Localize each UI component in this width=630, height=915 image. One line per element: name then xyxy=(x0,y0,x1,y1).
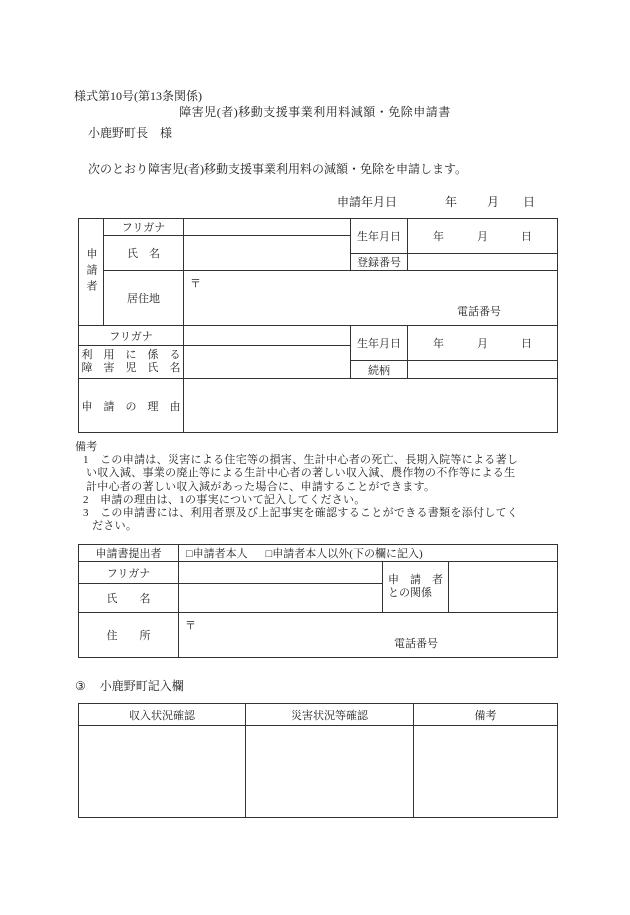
submitter-options: □申請者本人 □申請者本人以外(下の欄に記入) xyxy=(179,545,558,562)
note-2: 2 申請の理由は、1の事実について記入してください。 xyxy=(83,494,565,507)
application-date-month: 月 xyxy=(487,193,499,210)
submitter-relation-label: 申 請 者 との関係 xyxy=(383,562,449,613)
residence-input[interactable]: 〒 電話番号 xyxy=(184,271,558,326)
note-1: 1 この申請は、災害による住宅等の損害、生計中心者の死亡、長期入院等による著し xyxy=(83,454,565,467)
child-birth-value[interactable]: 年 月 日 xyxy=(408,326,558,361)
note-3-cont: ださい。 xyxy=(92,520,565,533)
income-check-cell[interactable] xyxy=(79,726,246,818)
reason-label: 申 請 の 理 由 xyxy=(79,379,184,433)
child-name-label: 利 用 に 係 る 障 害 児 氏 名 xyxy=(79,346,184,379)
addressee: 小鹿野町長 様 xyxy=(88,124,172,141)
intro-text: 次のとおり障害児(者)移動支援事業利用料の減額・免除を申請します。 xyxy=(88,160,467,177)
postal-mark: 〒 xyxy=(185,617,196,633)
submitter-furigana-input[interactable] xyxy=(179,562,383,584)
applicant-name-label: 氏 名 xyxy=(104,236,184,271)
remarks-cell[interactable] xyxy=(414,726,558,818)
child-furigana-input[interactable] xyxy=(184,326,351,346)
office-table: 収入状況確認 災害状況等確認 備考 xyxy=(78,703,558,818)
office-section-number: ③ xyxy=(75,679,86,693)
submitter-name-input[interactable] xyxy=(179,584,383,613)
submitter-address-label: 住 所 xyxy=(79,613,179,658)
applicant-table: 申請者 フリガナ 生年月日 年 月 日 氏 名 登録番号 居住地 〒 電話番号 … xyxy=(78,218,558,433)
relation-label: 続柄 xyxy=(351,361,408,379)
form-number: 様式第10号(第13条関係) xyxy=(74,87,202,104)
submitter-furigana-label: フリガナ xyxy=(79,562,179,584)
office-section-title: 小鹿野町記入欄 xyxy=(100,679,184,693)
office-section-heading: ③小鹿野町記入欄 xyxy=(75,677,184,694)
disaster-check-header: 災害状況等確認 xyxy=(246,704,414,726)
registration-number-input[interactable] xyxy=(408,254,558,271)
registration-number-label: 登録番号 xyxy=(351,254,408,271)
application-date-day: 日 xyxy=(523,193,535,210)
child-name-input[interactable] xyxy=(184,346,351,379)
checkbox-applicant-self[interactable]: □申請者本人 xyxy=(186,545,248,561)
applicant-side-label: 申請者 xyxy=(79,219,104,326)
application-date-label: 申請年月日 xyxy=(337,193,397,210)
checkbox-applicant-other[interactable]: □申請者本人以外(下の欄に記入) xyxy=(266,545,423,561)
applicant-furigana-label: フリガナ xyxy=(104,219,184,236)
submitter-address-input[interactable]: 〒 電話番号 xyxy=(179,613,558,658)
residence-label: 居住地 xyxy=(104,271,184,326)
applicant-furigana-input[interactable] xyxy=(184,219,351,236)
note-3: 3 この申請書には、利用者票及び上記事実を確認することができる書類を添付してく xyxy=(83,507,565,520)
application-date-line: 申請年月日 年 月 日 xyxy=(0,193,630,208)
notes-block: 備考 1 この申請は、災害による住宅等の損害、生計中心者の死亡、長期入院等による… xyxy=(75,441,565,533)
form-page: 様式第10号(第13条関係) 障害児(者)移動支援事業利用料減額・免除申請書 小… xyxy=(0,0,630,915)
child-furigana-label: フリガナ xyxy=(79,326,184,346)
relation-input[interactable] xyxy=(408,361,558,379)
form-title: 障害児(者)移動支援事業利用料減額・免除申請書 xyxy=(0,103,630,120)
submitter-table: 申請書提出者 □申請者本人 □申請者本人以外(下の欄に記入) フリガナ 申 請 … xyxy=(78,544,558,658)
submitter-name-label: 氏 名 xyxy=(79,584,179,613)
application-date-year: 年 xyxy=(445,193,457,210)
applicant-birth-value[interactable]: 年 月 日 xyxy=(408,219,558,254)
submitter-label: 申請書提出者 xyxy=(79,545,179,562)
postal-mark: 〒 xyxy=(190,275,201,291)
remarks-header: 備考 xyxy=(414,704,558,726)
note-1-cont2: 計中心者の著しい収入減があった場合に、申請することができます。 xyxy=(86,481,565,494)
applicant-name-input[interactable] xyxy=(184,236,351,271)
applicant-phone-label: 電話番号 xyxy=(457,303,501,319)
income-check-header: 収入状況確認 xyxy=(79,704,246,726)
reason-input[interactable] xyxy=(184,379,558,433)
disaster-check-cell[interactable] xyxy=(246,726,414,818)
submitter-relation-input[interactable] xyxy=(449,562,558,613)
submitter-phone-label: 電話番号 xyxy=(394,635,438,651)
applicant-birth-label: 生年月日 xyxy=(351,219,408,254)
note-1-cont: い収入減、事業の廃止等による生計中心者の著しい収入減、農作物の不作等による生 xyxy=(86,467,565,480)
child-birth-label: 生年月日 xyxy=(351,326,408,361)
notes-heading: 備考 xyxy=(75,441,565,454)
